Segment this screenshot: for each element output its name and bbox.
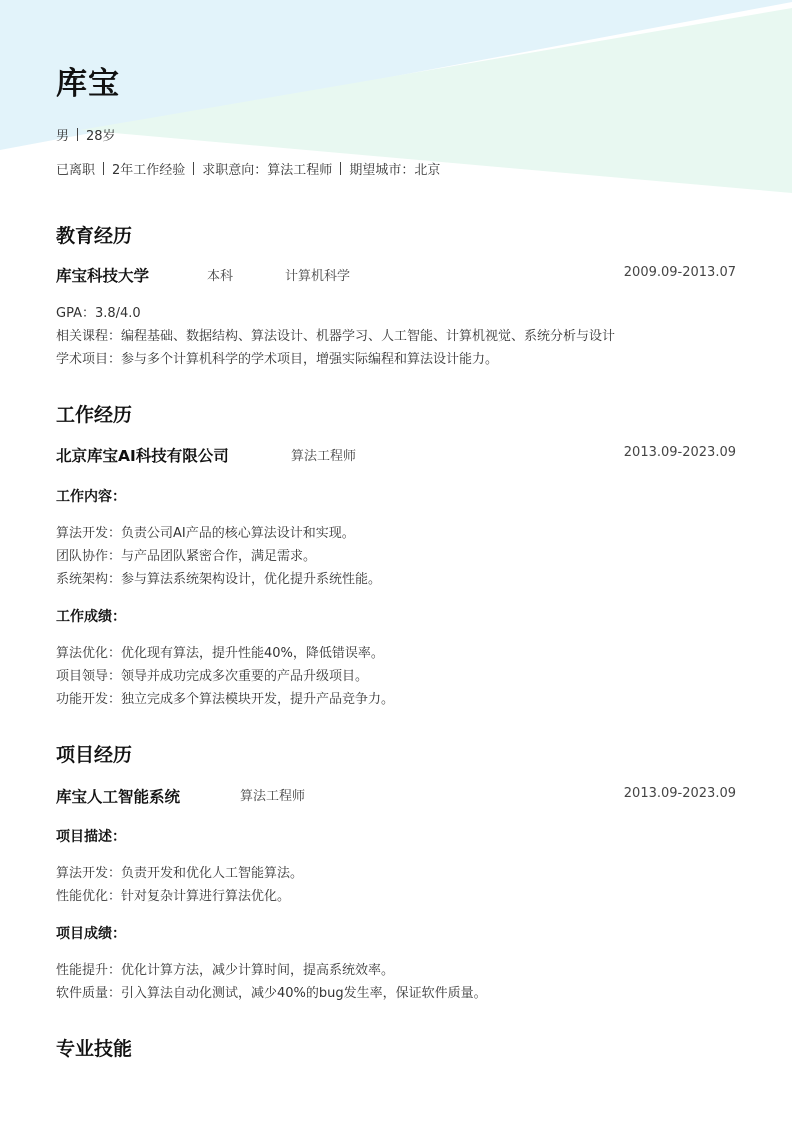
section-title-education: 教育经历: [56, 221, 132, 248]
project-desc-line: 算法开发：负责开发和优化人工智能算法。: [56, 862, 303, 881]
separator: [103, 162, 104, 175]
work-date: 2013.09-2023.09: [624, 445, 736, 460]
degree: 本科: [207, 265, 233, 284]
major: 计算机科学: [285, 265, 350, 284]
section-title-project: 项目经历: [56, 740, 132, 767]
work-achievement-line: 功能开发：独立完成多个算法模块开发，提升产品竞争力。: [56, 688, 394, 707]
separator: [77, 128, 78, 141]
work-role: 算法工程师: [291, 445, 356, 464]
job-intention: 求职意向：算法工程师: [202, 163, 332, 178]
basic-info-row: 男28岁: [56, 125, 116, 144]
work-content-line: 系统架构：参与算法系统架构设计，优化提升系统性能。: [56, 568, 381, 587]
work-content-title: 工作内容：: [56, 486, 126, 506]
section-title-skills: 专业技能: [56, 1034, 132, 1061]
separator: [340, 162, 341, 175]
work-content-line: 算法开发：负责公司AI产品的核心算法设计和实现。: [56, 522, 355, 541]
age: 28岁: [86, 129, 116, 144]
work-achievement-line: 算法优化：优化现有算法，提升性能40%，降低错误率。: [56, 642, 384, 661]
project-date: 2013.09-2023.09: [624, 786, 736, 801]
company-name: 北京库宝AI科技有限公司: [56, 444, 229, 466]
project-name: 库宝人工智能系统: [56, 785, 180, 807]
project-achievement-line: 软件质量：引入算法自动化测试，减少40%的bug发生率，保证软件质量。: [56, 982, 487, 1001]
gender: 男: [56, 129, 69, 144]
employment-status: 已离职: [56, 163, 95, 178]
education-line: 相关课程：编程基础、数据结构、算法设计、机器学习、人工智能、计算机视觉、系统分析…: [56, 325, 615, 344]
project-achievement-line: 性能提升：优化计算方法，减少计算时间，提高系统效率。: [56, 959, 394, 978]
desired-city: 期望城市：北京: [349, 163, 440, 178]
work-achievements-title: 工作成绩：: [56, 606, 126, 626]
education-line: 学术项目：参与多个计算机科学的学术项目，增强实际编程和算法设计能力。: [56, 348, 498, 367]
separator: [193, 162, 194, 175]
candidate-name: 库宝: [56, 58, 120, 103]
project-achievements-title: 项目成绩：: [56, 923, 126, 943]
project-desc-title: 项目描述：: [56, 826, 126, 846]
job-info-row: 已离职2年工作经验求职意向：算法工程师期望城市：北京: [56, 159, 440, 178]
school-name: 库宝科技大学: [56, 264, 149, 286]
project-desc-line: 性能优化：针对复杂计算进行算法优化。: [56, 885, 290, 904]
education-date: 2009.09-2013.07: [624, 265, 736, 280]
project-role: 算法工程师: [240, 785, 305, 804]
section-title-work: 工作经历: [56, 400, 132, 427]
work-content-line: 团队协作：与产品团队紧密合作，满足需求。: [56, 545, 316, 564]
education-line: GPA：3.8/4.0: [56, 302, 141, 321]
work-experience: 2年工作经验: [112, 163, 185, 178]
work-achievement-line: 项目领导：领导并成功完成多次重要的产品升级项目。: [56, 665, 368, 684]
